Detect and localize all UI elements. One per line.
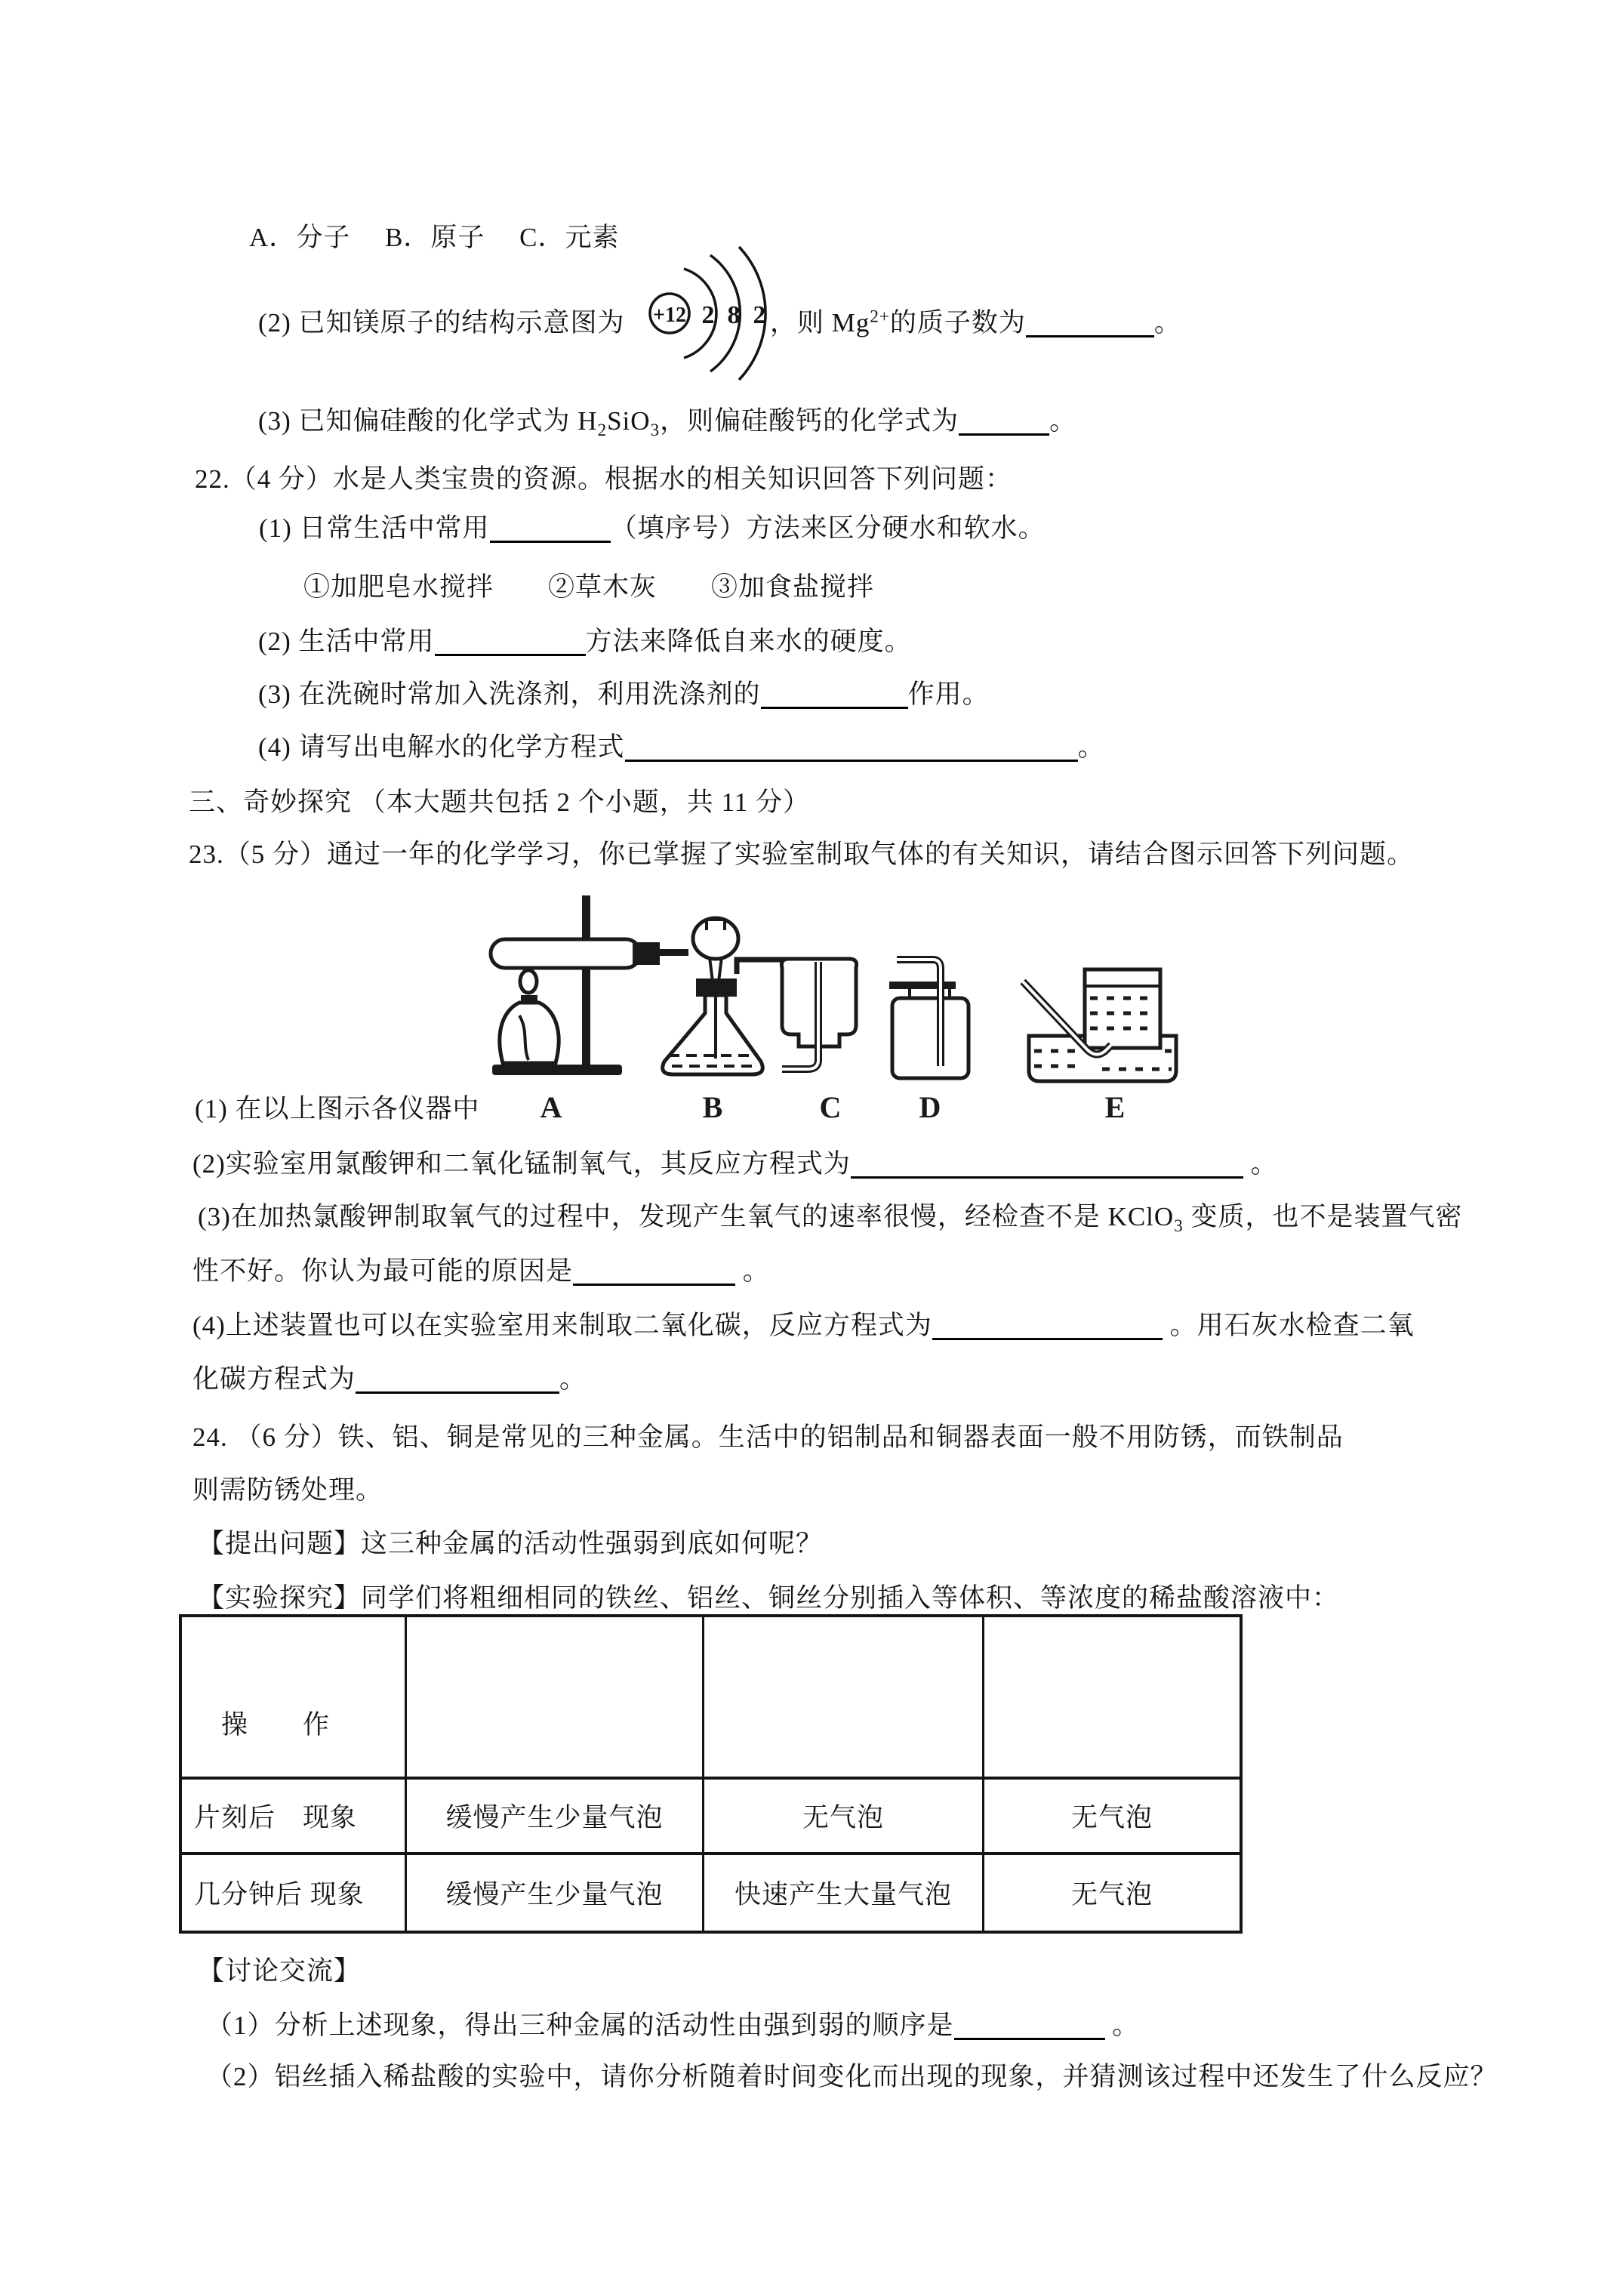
label-a: A bbox=[540, 1090, 562, 1124]
q24-title-line1: 24. （6 分）铁、铝、铜是常见的三种金属。生活中的铝制品和铜器表面一般不用防… bbox=[192, 1416, 1344, 1454]
q22-part2-line: (2) 生活中常用方法来降低自来水的硬度。 bbox=[258, 621, 912, 658]
q24-discuss-line2: （2）铝丝插入稀盐酸的实验中，请你分析随着时间变化而出现的现象，并猜测该过程中还… bbox=[206, 2056, 1498, 2094]
table-cell-r1c4 bbox=[984, 1617, 1240, 1780]
q23-title: 23.（5 分）通过一年的化学学习，你已掌握了实验室制取气体的有关知识，请结合图… bbox=[189, 834, 1414, 871]
q21-options-line: A．分子 B．原子 C．元素 bbox=[249, 217, 619, 254]
apparatus-b-flask-generator bbox=[663, 918, 793, 1074]
shell3-electron-count: 2 bbox=[753, 301, 766, 329]
label-c: C bbox=[820, 1090, 842, 1124]
q21-part2-suffix: ，则 Mg2+的质子数为。 bbox=[770, 302, 1181, 340]
q22-part1-blank bbox=[490, 518, 611, 543]
q22-choices-line: ①加肥皂水搅拌 ②草木灰 ③加食盐搅拌 bbox=[303, 566, 874, 604]
q24-experiment-line: 【实验探究】同学们将粗细相同的铁丝、铝丝、铜丝分别插入等体积、等浓度的稀盐酸溶液… bbox=[198, 1577, 1339, 1615]
table-cell-r2c3: 无气泡 bbox=[704, 1780, 984, 1855]
q23-part4-line2: 化碳方程式为。 bbox=[192, 1358, 587, 1396]
experiment-table: 操 作 片刻后 现象 缓慢产生少量气泡 无气泡 无气泡 几分钟后 现象 缓慢产生… bbox=[179, 1614, 1243, 1934]
section3-heading: 三、奇妙探究 （本大题共包括 2 个小题，共 11 分） bbox=[189, 781, 810, 819]
exam-paper-page: { "doc": { "q21": { "options_line": "A．分… bbox=[0, 0, 1623, 2296]
q23-part2-blank bbox=[851, 1154, 1243, 1179]
q22-part2-blank bbox=[435, 631, 586, 656]
q23-part3-line1: (3)在加热氯酸钾制取氧气的过程中，发现产生氧气的速率很慢，经检查不是 KClO… bbox=[198, 1196, 1462, 1236]
q24-ask-question-line: 【提出问题】这三种金属的活动性强弱到底如何呢？ bbox=[198, 1523, 823, 1561]
q24-discuss-blank bbox=[954, 2015, 1105, 2040]
q22-part1-line: (1) 日常生活中常用（填序号）方法来区分硬水和软水。 bbox=[259, 507, 1046, 545]
table-cell-operation: 操 作 bbox=[182, 1617, 407, 1780]
q22-title: 22.（4 分）水是人类宝贵的资源。根据水的相关知识回答下列问题： bbox=[195, 458, 1012, 496]
table-cell-r2c4: 无气泡 bbox=[984, 1780, 1240, 1855]
label-e: E bbox=[1105, 1090, 1126, 1124]
q21-part2-prefix: (2) 已知镁原子的结构示意图为 bbox=[258, 302, 625, 340]
q21-part3-blank bbox=[959, 411, 1049, 436]
q24-discuss-line1: （1）分析上述现象，得出三种金属的活动性由强到弱的顺序是 。 bbox=[206, 2005, 1139, 2042]
q22-part3-line: (3) 在洗碗时常加入洗涤剂，利用洗涤剂的作用。 bbox=[258, 673, 990, 711]
apparatus-c-gas-jar bbox=[781, 959, 856, 1069]
apparatus-labels: A B C D E bbox=[540, 1090, 1126, 1124]
atom-structure-diagram: +12 2 8 2 bbox=[634, 240, 781, 387]
table-cell-r2c2: 缓慢产生少量气泡 bbox=[407, 1780, 704, 1855]
label-d: D bbox=[919, 1090, 941, 1124]
q23-part4-blank1 bbox=[932, 1315, 1163, 1340]
q21-part2-blank bbox=[1026, 313, 1154, 337]
q23-part4-line1: (4)上述装置也可以在实验室用来制取二氧化碳，反应方程式为 。用石灰水检查二氧 bbox=[192, 1305, 1415, 1342]
q23-part3-blank bbox=[573, 1261, 735, 1286]
table-cell-r1c3 bbox=[704, 1617, 984, 1780]
apparatus-d-collection-bottle bbox=[889, 960, 969, 1078]
table-cell-r3c4: 无气泡 bbox=[984, 1855, 1240, 1931]
q22-part4-line: (4) 请写出电解水的化学方程式。 bbox=[258, 726, 1105, 764]
label-b: B bbox=[703, 1090, 723, 1124]
table-cell-r3c1: 几分钟后 现象 bbox=[182, 1855, 407, 1931]
mg-ion-charge: 2+ bbox=[870, 307, 889, 325]
apparatus-figure: A B C D E bbox=[453, 891, 1223, 1125]
atom-nucleus-label: +12 bbox=[653, 304, 686, 327]
q23-part1-line: (1) 在以上图示各仪器中 bbox=[195, 1088, 480, 1126]
shell1-electron-count: 2 bbox=[702, 301, 715, 329]
shell2-electron-count: 8 bbox=[728, 301, 741, 329]
q23-part4-blank2 bbox=[356, 1369, 559, 1394]
q22-part4-blank bbox=[625, 737, 1078, 762]
apparatus-e-water-trough bbox=[1023, 969, 1176, 1081]
q24-discuss-heading: 【讨论交流】 bbox=[198, 1950, 361, 1988]
q21-part3-line: (3) 已知偏硅酸的化学式为 H2SiO3，则偏硅酸钙的化学式为。 bbox=[258, 400, 1076, 440]
table-cell-r3c3: 快速产生大量气泡 bbox=[704, 1855, 984, 1931]
q23-part2-line: (2)实验室用氯酸钾和二氧化锰制氧气，其反应方程式为 。 bbox=[192, 1143, 1278, 1181]
q23-part3-line2: 性不好。你认为最可能的原因是 。 bbox=[192, 1250, 770, 1288]
q22-part3-blank bbox=[761, 684, 908, 709]
q24-title-line2: 则需防锈处理。 bbox=[192, 1469, 383, 1507]
table-cell-r1c2 bbox=[407, 1617, 704, 1780]
apparatus-a-heating-setup bbox=[491, 895, 688, 1075]
table-cell-r2c1: 片刻后 现象 bbox=[182, 1780, 407, 1855]
table-cell-r3c2: 缓慢产生少量气泡 bbox=[407, 1855, 704, 1931]
